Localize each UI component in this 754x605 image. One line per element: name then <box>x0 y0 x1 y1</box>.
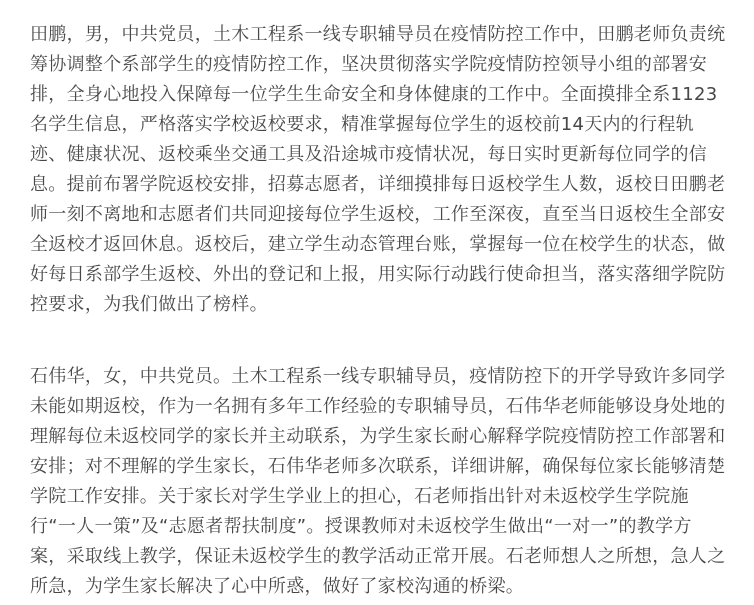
paragraph-shi-weihua: 石伟华，女，中共党员。土木工程系一线专职辅导员，疫情防控下的开学导致许多同学未能… <box>30 362 728 602</box>
document-page: 田鹏，男，中共党员，土木工程系一线专职辅导员在疫情防控工作中，田鹏老师负责统筹协… <box>0 0 754 605</box>
paragraph-tian-peng: 田鹏，男，中共党员，土木工程系一线专职辅导员在疫情防控工作中，田鹏老师负责统筹协… <box>30 20 728 320</box>
